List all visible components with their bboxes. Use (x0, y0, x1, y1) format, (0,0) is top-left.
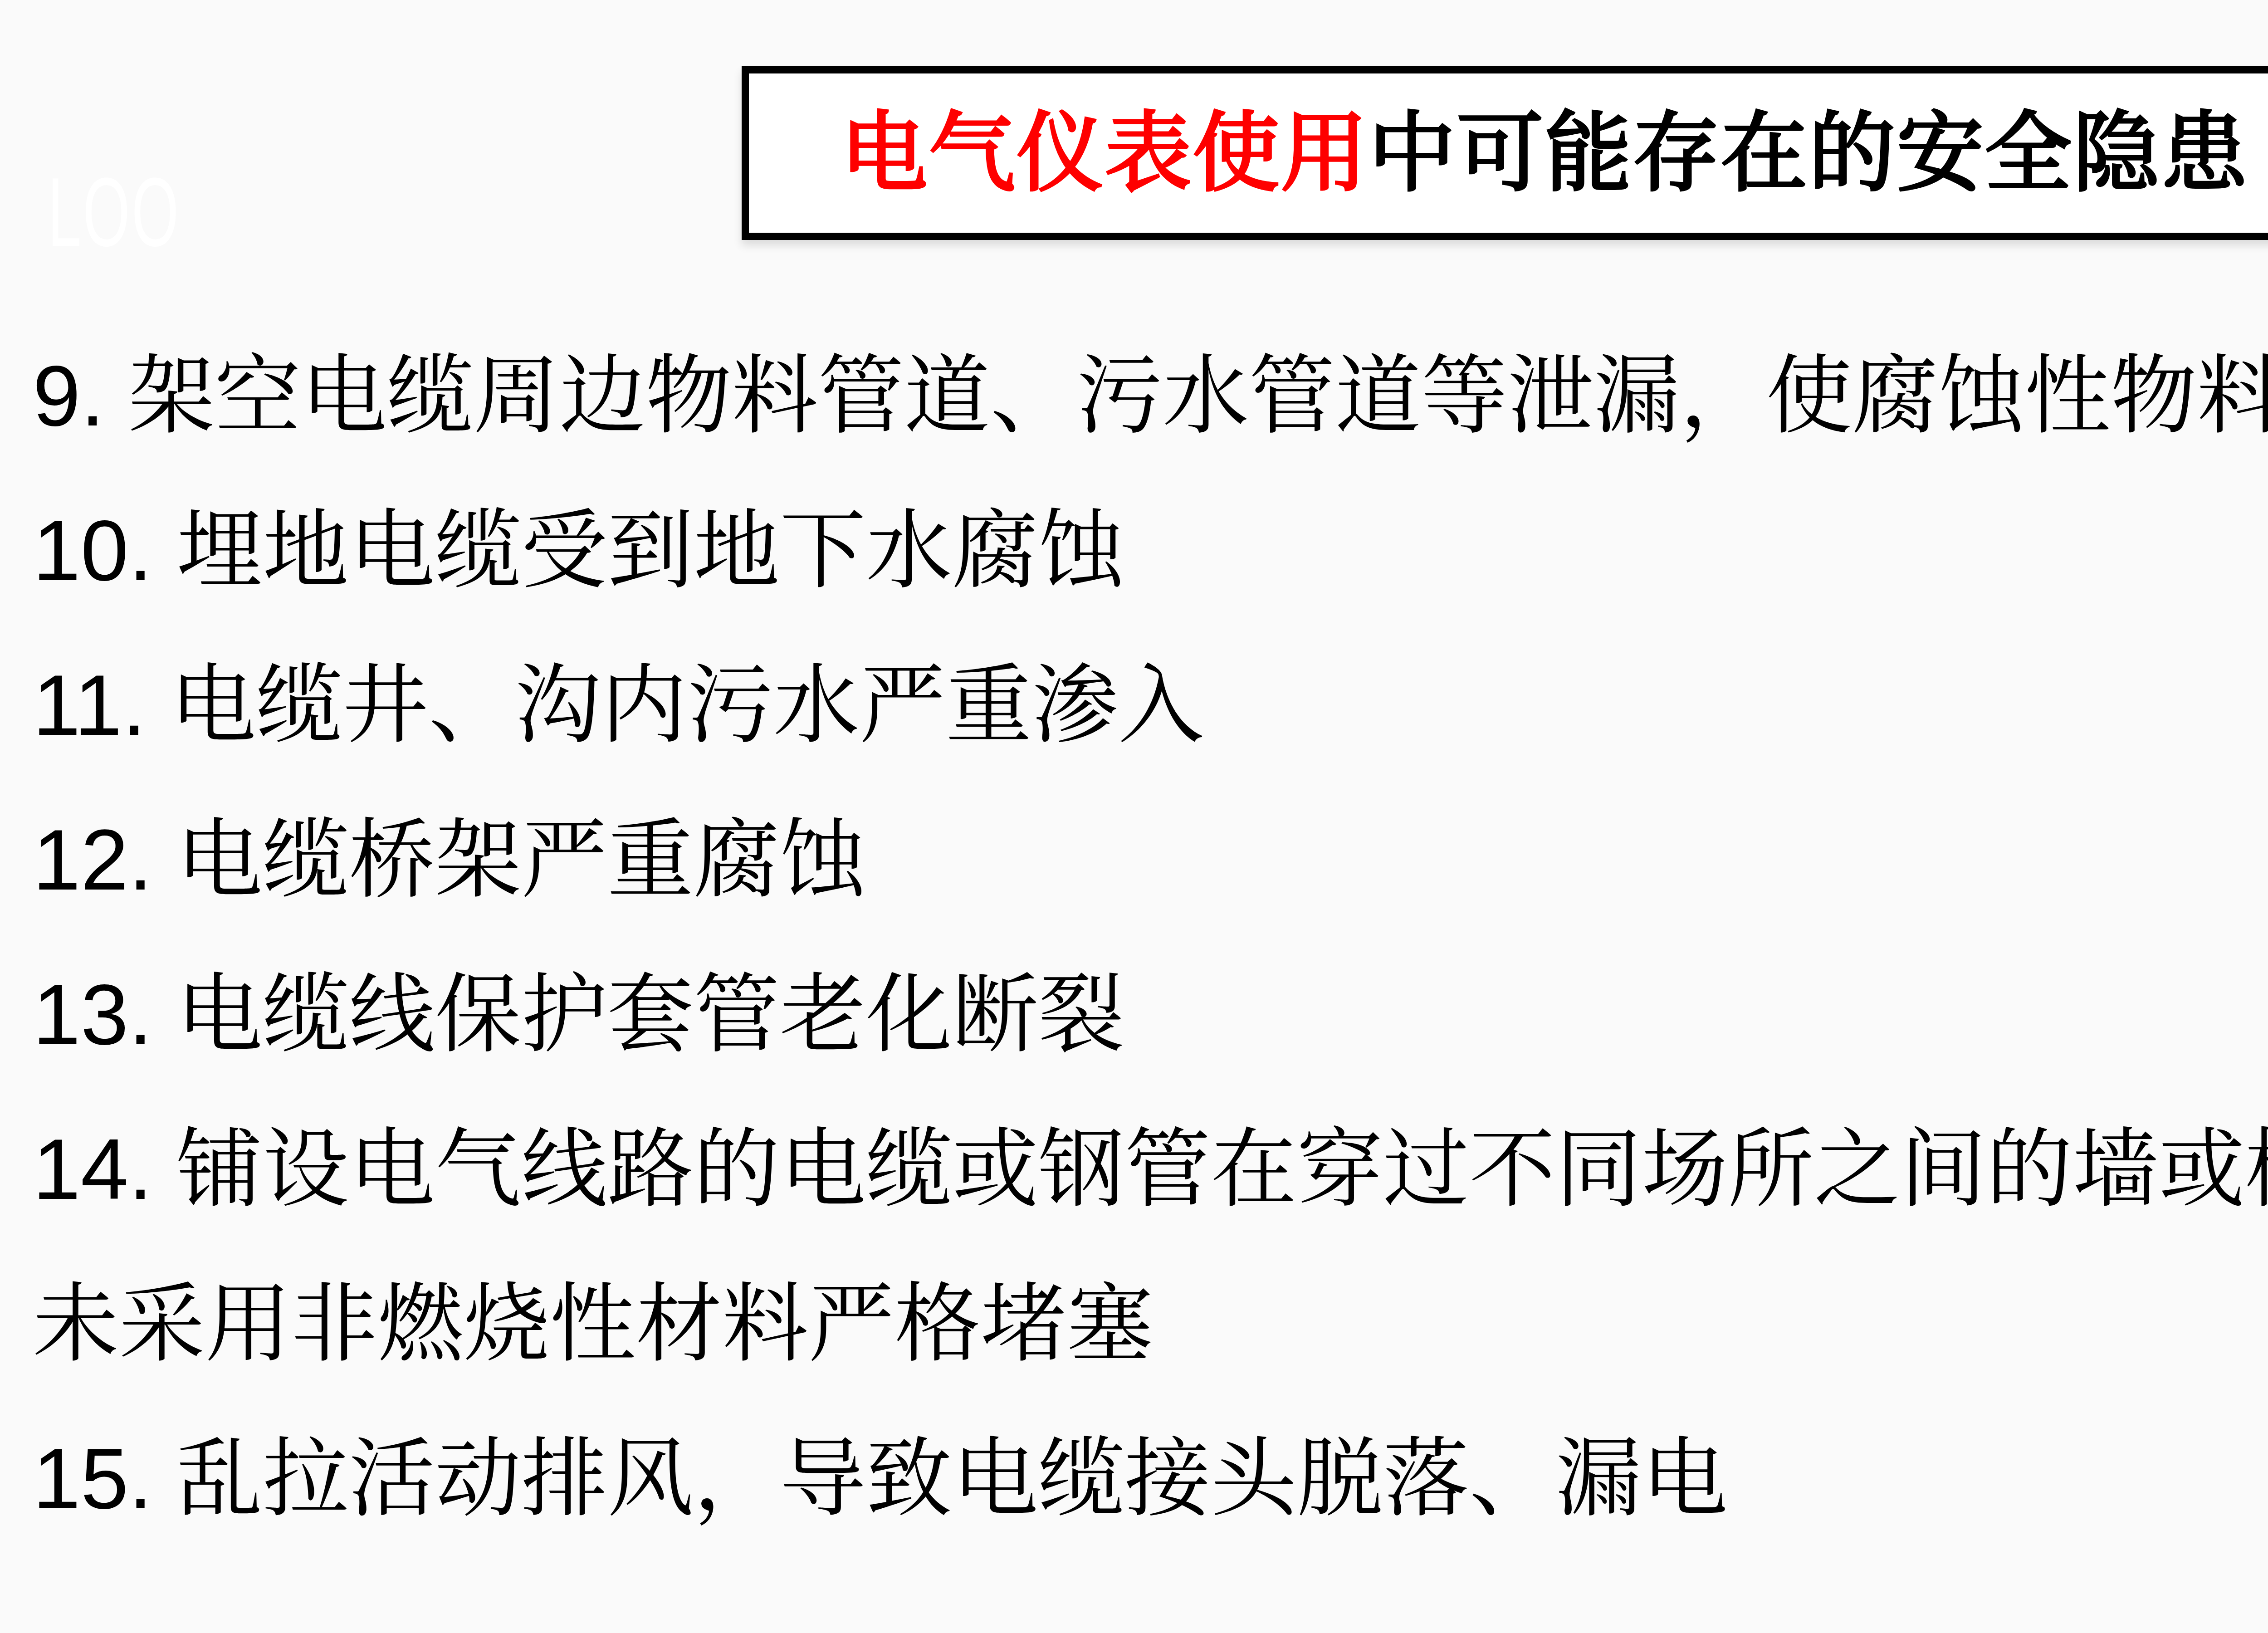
list-item: 12. 电缆桥架严重腐蚀 (33, 783, 2268, 938)
hazard-list: 9. 架空电缆周边物料管道、污水管道等泄漏，使腐蚀性物料流入电缆桥架内 10. … (33, 319, 2268, 1556)
logo-watermark: LOO (48, 163, 181, 261)
list-item: 14. 铺设电气线路的电缆或钢管在穿过不同场所之间的墙或楼板处孔洞时， (33, 1092, 2268, 1247)
title-highlight: 电气仪表使用 (841, 104, 1369, 202)
list-item: 13. 电缆线保护套管老化断裂 (33, 938, 2268, 1092)
title-rest: 中可能存在的安全隐患 (1369, 104, 2248, 202)
list-item-continuation: 未采用非燃烧性材料严格堵塞 (33, 1247, 2268, 1402)
slide: LOO 电气仪表使用中可能存在的安全隐患 9. 架空电缆周边物料管道、污水管道等… (0, 0, 2268, 1633)
title-box: 电气仪表使用中可能存在的安全隐患 (742, 66, 2268, 240)
page-title: 电气仪表使用中可能存在的安全隐患 (841, 110, 2248, 197)
list-item: 15. 乱拉活动排风，导致电缆接头脱落、漏电 (33, 1402, 2268, 1556)
list-item: 10. 埋地电缆受到地下水腐蚀 (33, 474, 2268, 628)
list-item: 9. 架空电缆周边物料管道、污水管道等泄漏，使腐蚀性物料流入电缆桥架内 (33, 319, 2268, 474)
list-item: 11. 电缆井、沟内污水严重渗入 (33, 628, 2268, 783)
